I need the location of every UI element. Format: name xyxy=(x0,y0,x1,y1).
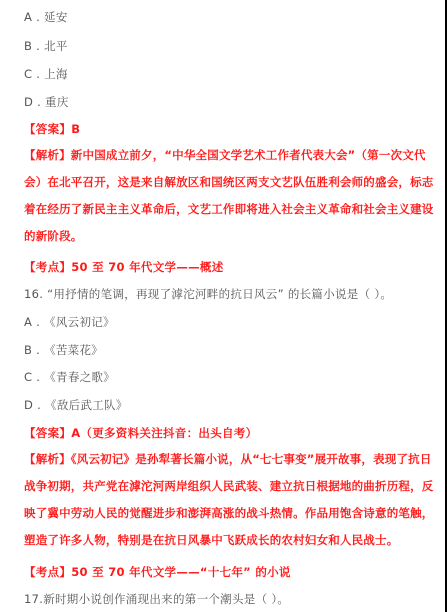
analysis-line: 会）在北平召开，这是来自解放区和国统区两支文艺队伍胜利会师的盛会，标志 xyxy=(24,169,399,196)
analysis-line: 映了冀中劳动人民的觉醒进步和澎湃高涨的战斗热情。作品用饱含诗意的笔触， xyxy=(24,500,399,527)
option-text: 《风云初记》 xyxy=(44,315,115,329)
option-letter: A . xyxy=(24,10,40,24)
option-letter: B . xyxy=(24,343,40,357)
analysis-line: 的新阶段。 xyxy=(24,223,399,250)
option-text: 延安 xyxy=(44,10,68,24)
q16-answer: 【答案】A（更多资料关注抖音：出头自考） xyxy=(24,425,257,441)
analysis-line: 【解析】《风云初记》是孙犁著长篇小说，从“七七事变”展开故事，表现了抗日 xyxy=(24,446,399,473)
option-text: 《敌后武工队》 xyxy=(45,398,128,412)
option-letter: C . xyxy=(24,67,40,81)
q15-answer: 【答案】B xyxy=(24,121,80,137)
q16-option-c: C . 《青春之歌》 xyxy=(24,369,115,385)
q15-option-b: B . 北平 xyxy=(24,38,68,54)
option-text: 上海 xyxy=(44,67,68,81)
analysis-line: 战争初期，共产党在滹沱河两岸组织人民武装、建立抗日根据地的曲折历程，反 xyxy=(24,473,399,500)
option-letter: B . xyxy=(24,39,40,53)
analysis-line: 【解析】新中国成立前夕，“中华全国文学艺术工作者代表大会”（第一次文代 xyxy=(24,142,399,169)
q16-option-d: D . 《敌后武工队》 xyxy=(24,397,128,413)
option-letter: A . xyxy=(24,315,40,329)
q16-topic: 【考点】50 至 70 年代文学——“十七年” 的小说 xyxy=(24,564,291,580)
q15-topic: 【考点】50 至 70 年代文学——概述 xyxy=(24,259,224,275)
option-text: 北平 xyxy=(44,39,68,53)
q16-question: 16. “用抒情的笔调，再现了滹沱河畔的抗日风云” 的长篇小说是（ ）。 xyxy=(24,286,392,302)
document-page: A . 延安 B . 北平 C . 上海 D . 重庆 【答案】B 【解析】新中… xyxy=(0,0,445,612)
q15-option-a: A . 延安 xyxy=(24,9,68,25)
analysis-line: 着在经历了新民主主义革命后，文艺工作即将进入社会主义革命和社会主义建设 xyxy=(24,196,399,223)
option-text: 《苦菜花》 xyxy=(44,343,103,357)
q15-option-c: C . 上海 xyxy=(24,66,68,82)
option-text: 《青春之歌》 xyxy=(44,370,115,384)
q16-analysis: 【解析】《风云初记》是孙犁著长篇小说，从“七七事变”展开故事，表现了抗日 战争初… xyxy=(24,446,399,554)
q16-option-b: B . 《苦菜花》 xyxy=(24,342,103,358)
analysis-line: 塑造了许多人物，特别是在抗日风暴中飞跃成长的农村妇女和人民战士。 xyxy=(24,527,399,554)
q16-option-a: A . 《风云初记》 xyxy=(24,314,115,330)
option-text: 重庆 xyxy=(45,95,69,109)
q15-analysis: 【解析】新中国成立前夕，“中华全国文学艺术工作者代表大会”（第一次文代 会）在北… xyxy=(24,142,399,250)
option-letter: D . xyxy=(24,398,41,412)
option-letter: C . xyxy=(24,370,40,384)
q17-question: 17.新时期小说创作涌现出来的第一个潮头是（ ）。 xyxy=(24,591,289,607)
option-letter: D . xyxy=(24,95,41,109)
q15-option-d: D . 重庆 xyxy=(24,94,69,110)
